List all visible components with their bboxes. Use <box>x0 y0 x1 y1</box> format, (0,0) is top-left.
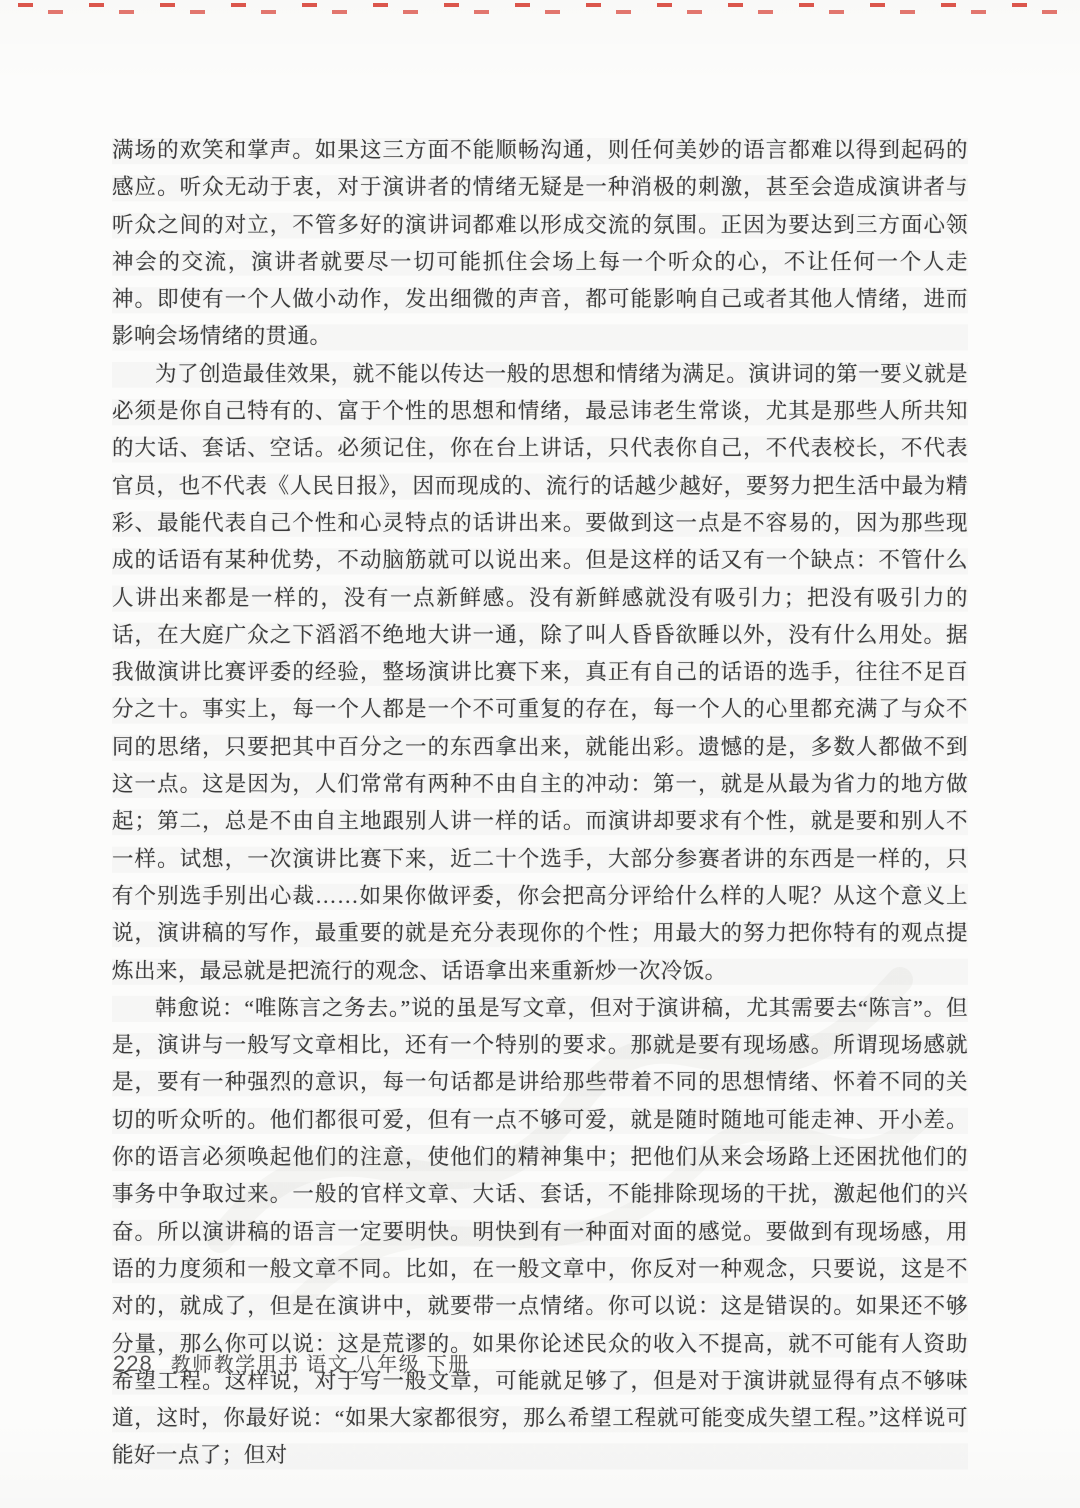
red-edge-marks <box>0 2 1080 18</box>
book-title: 教师教学用书 语文 八年级 下册 <box>171 1348 470 1377</box>
page-number: 228 <box>113 1351 153 1377</box>
paragraph-2: 为了创造最佳效果，就不能以传达一般的思想和情绪为满足。演讲词的第一要义就是必须是… <box>112 356 968 990</box>
scanned-book-page: 满场的欢笑和掌声。如果这三方面不能顺畅沟通，则任何美妙的语言都难以得到起码的感应… <box>0 0 1080 1508</box>
page-footer: 228 教师教学用书 语文 八年级 下册 <box>113 1348 470 1377</box>
paragraph-3: 韩愈说：“唯陈言之务去。”说的虽是写文章，但对于演讲稿，尤其需要去“陈言”。但是… <box>112 990 968 1475</box>
body-text: 满场的欢笑和掌声。如果这三方面不能顺畅沟通，则任何美妙的语言都难以得到起码的感应… <box>112 132 968 1475</box>
paragraph-1: 满场的欢笑和掌声。如果这三方面不能顺畅沟通，则任何美妙的语言都难以得到起码的感应… <box>112 132 968 356</box>
